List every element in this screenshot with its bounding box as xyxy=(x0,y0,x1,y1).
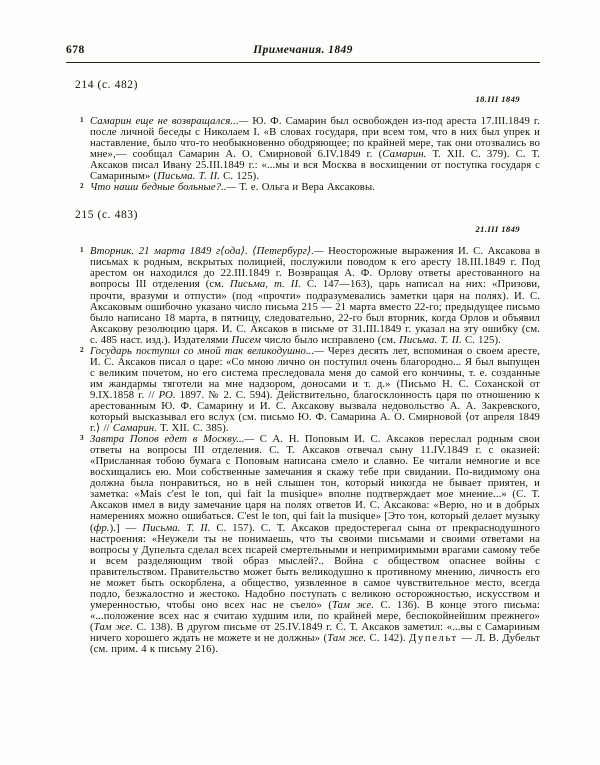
section-date: 18.III 1849 xyxy=(66,94,540,104)
note-marker: 2 xyxy=(80,181,84,192)
page-header: 678 Примечания. 1849 xyxy=(66,44,540,63)
text-run: Там же. xyxy=(327,632,366,644)
page-content: 678 Примечания. 1849 214 (с. 482) 18.III… xyxy=(66,44,540,655)
text-run: С. 157). С. Т. Аксаков предостерегал сын… xyxy=(90,522,540,611)
note-item: 1Вторник. 21 марта 1849 г⟨ода⟩. ⟨Петербу… xyxy=(90,246,540,345)
note-marker: 3 xyxy=(80,433,84,444)
text-run: Т. е. Ольга и Вера Аксаковы. xyxy=(239,181,375,193)
notes-section: 215 (с. 483) 21.III 1849 1Вторник. 21 ма… xyxy=(66,209,540,655)
book-page-scan: 678 Примечания. 1849 214 (с. 482) 18.III… xyxy=(0,0,600,765)
section-heading: 215 (с. 483) xyxy=(66,209,540,221)
notes-section: 214 (с. 482) 18.III 1849 1Самарин еще не… xyxy=(66,79,540,193)
note-text: Вторник. 21 марта 1849 г⟨ода⟩. ⟨Петербур… xyxy=(90,245,540,345)
section-date: 21.III 1849 xyxy=(66,224,540,234)
running-title: Примечания. 1849 xyxy=(66,44,540,56)
note-marker: 1 xyxy=(80,245,84,256)
note-marker: 2 xyxy=(80,345,84,356)
note-text: Завтра Попов едет в Москву...— С А. Н. П… xyxy=(90,433,540,655)
sections: 214 (с. 482) 18.III 1849 1Самарин еще не… xyxy=(66,79,540,655)
note-text: Государь поступил со мной так великодушн… xyxy=(90,345,540,434)
note-item: 3Завтра Попов едет в Москву...— С А. Н. … xyxy=(90,434,540,655)
note-list: 1Вторник. 21 марта 1849 г⟨ода⟩. ⟨Петербу… xyxy=(90,246,540,655)
text-run: Что наши бедные больные?..— xyxy=(90,181,239,193)
text-run: С А. Н. Поповым И. С. Аксаков переслал р… xyxy=(90,433,540,533)
note-item: 2Государь поступил со мной так великодуш… xyxy=(90,346,540,434)
note-marker: 1 xyxy=(80,115,84,126)
note-text: Что наши бедные больные?..— Т. е. Ольга … xyxy=(90,181,375,193)
note-list: 1Самарин еще не возвращался...— Ю. Ф. Са… xyxy=(90,116,540,193)
note-text: Самарин еще не возвращался...— Ю. Ф. Сам… xyxy=(90,115,540,182)
text-run: С. 142). xyxy=(366,632,409,644)
section-heading: 214 (с. 482) xyxy=(66,79,540,91)
note-item: 2Что наши бедные больные?..— Т. е. Ольга… xyxy=(90,182,540,193)
text-run: Дупельт xyxy=(409,632,458,644)
note-item: 1Самарин еще не возвращался...— Ю. Ф. Са… xyxy=(90,116,540,182)
